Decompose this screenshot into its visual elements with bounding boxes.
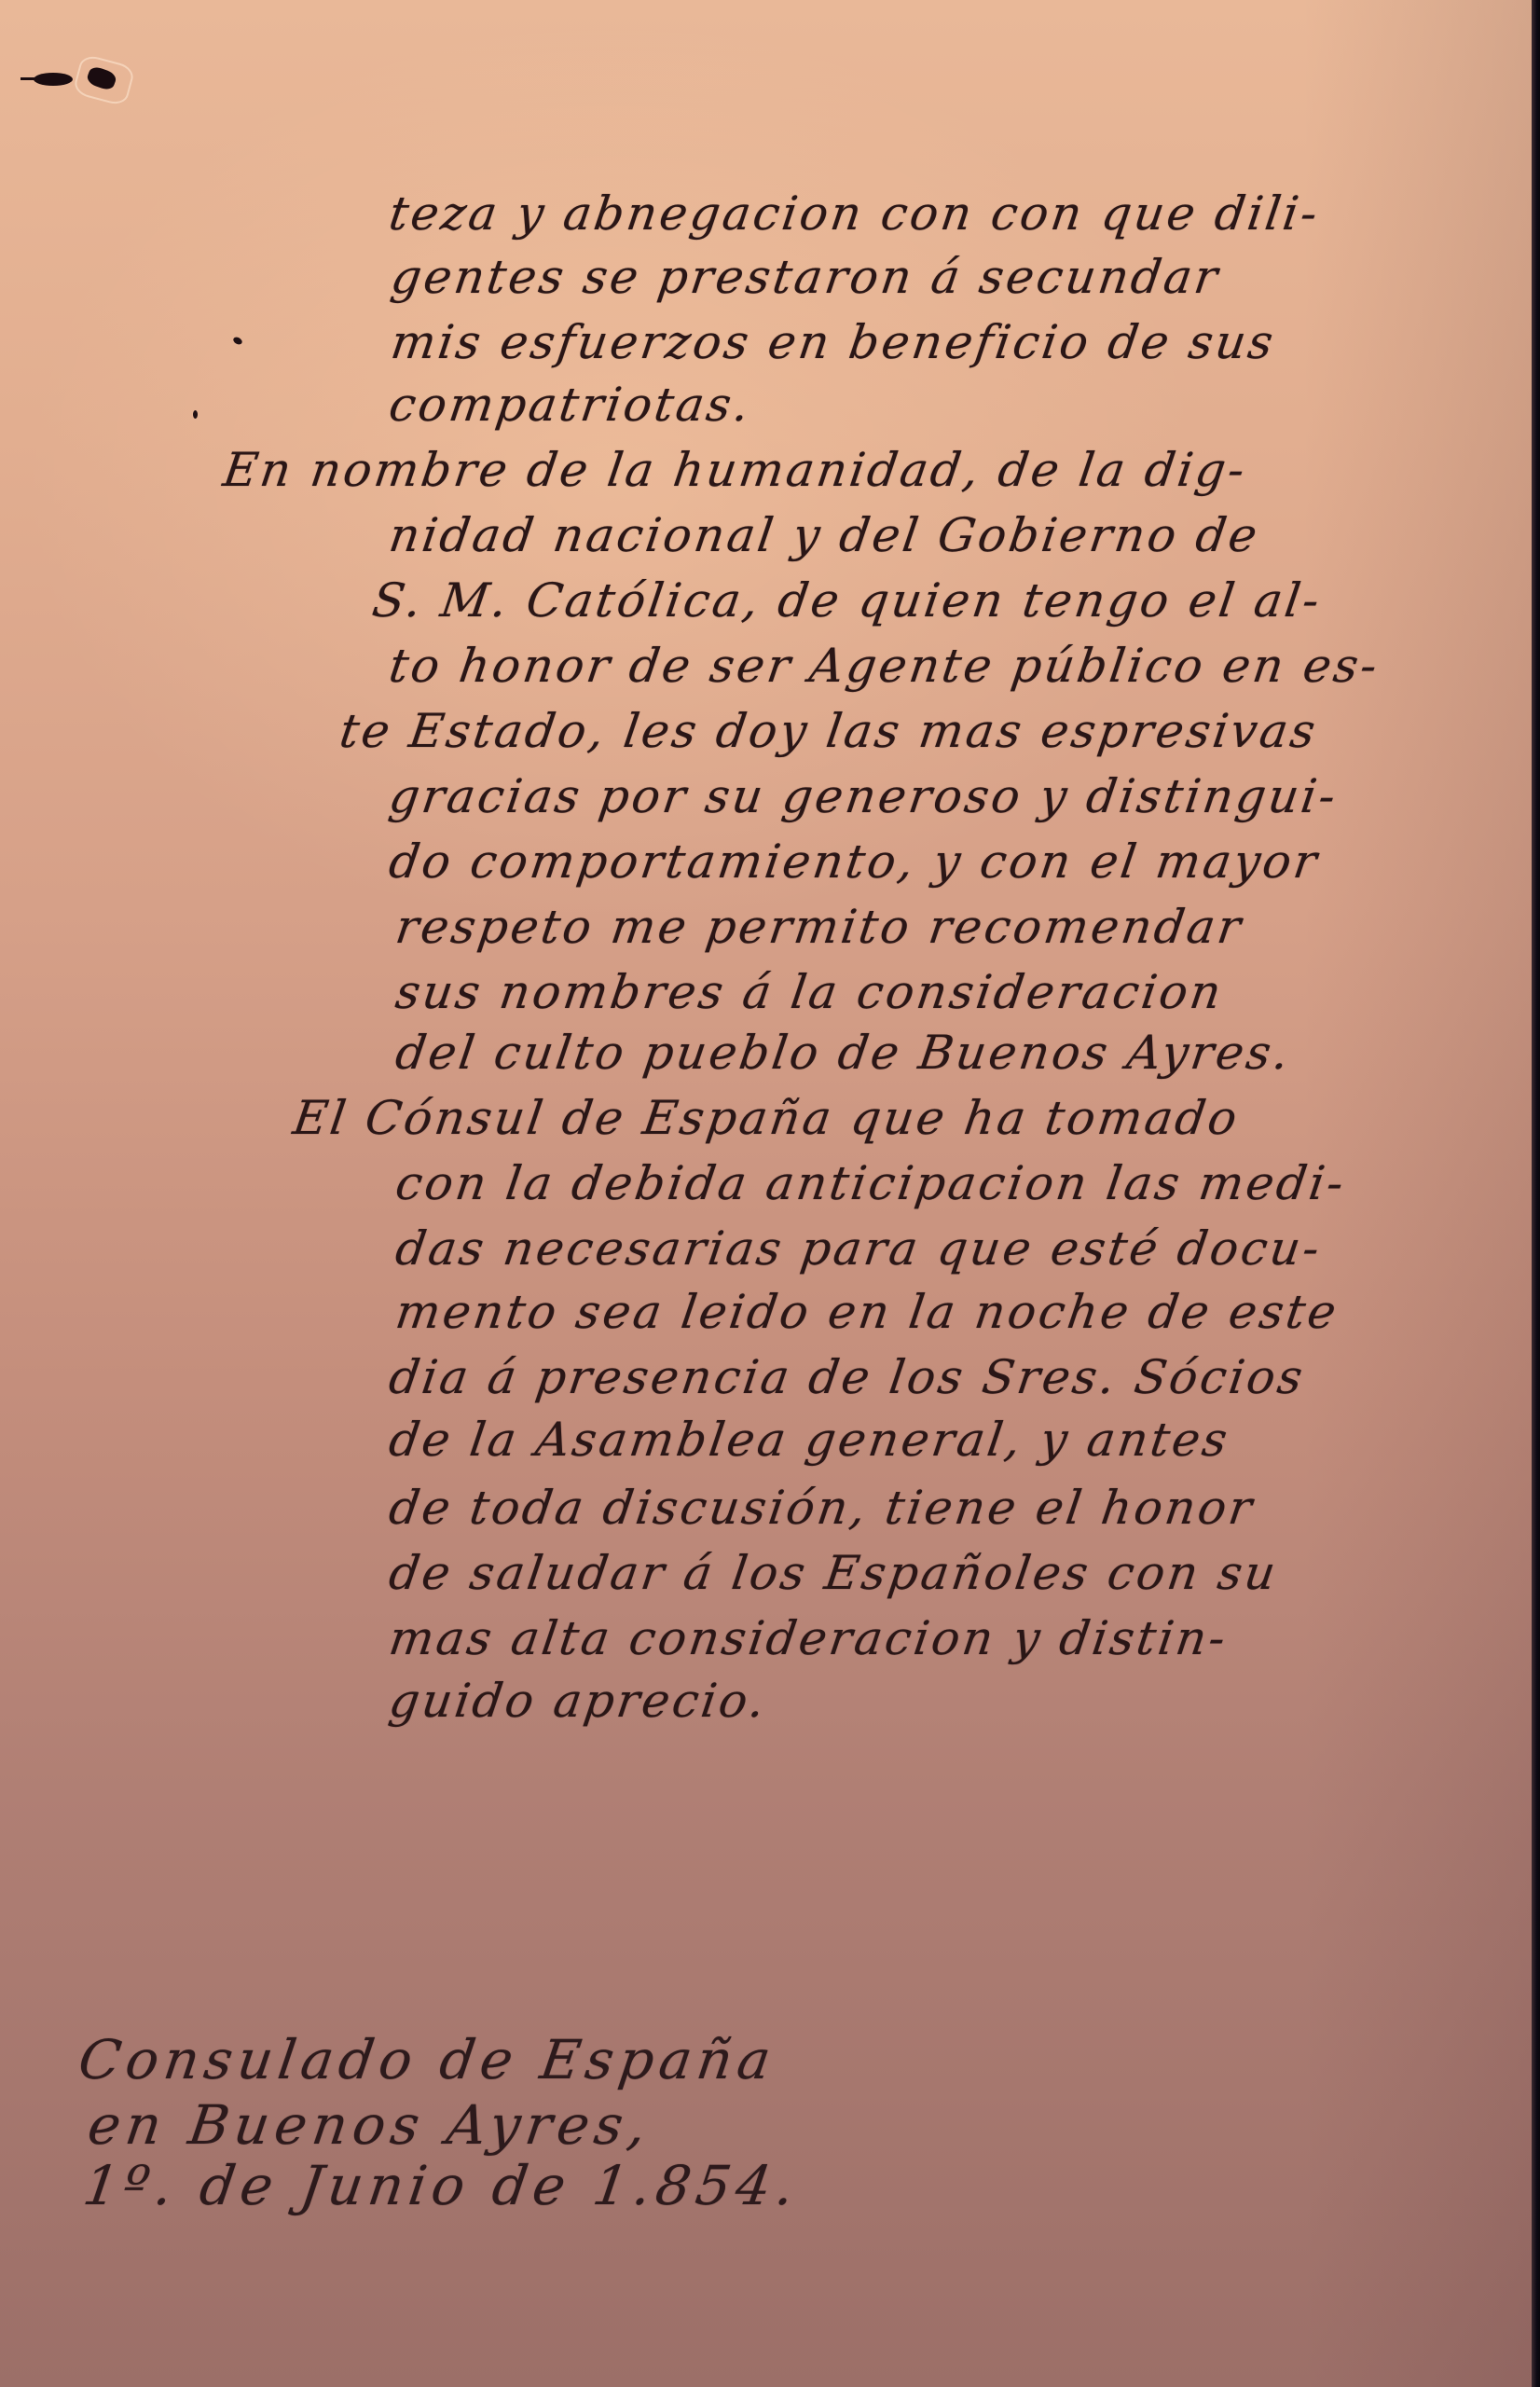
text-line: de toda discusión, tiene el honor — [386, 1481, 1258, 1535]
text-line: mis esfuerzos en beneficio de sus — [388, 315, 1279, 369]
text-line: dia á presencia de los Sres. Sócios — [386, 1350, 1309, 1404]
page-edge-border — [1532, 0, 1540, 2387]
signature-line: 1º. de Junio de 1.854. — [79, 2154, 804, 2217]
text-line: to honor de ser Agente público en es- — [386, 639, 1383, 693]
text-line: gentes se prestaron á secundar — [388, 250, 1224, 304]
text-line: S. M. Católica, de quien tengo el al- — [369, 573, 1326, 628]
text-line: gracias por su generoso y distingui- — [386, 769, 1341, 823]
text-line: respeto me permito recomendar — [392, 900, 1246, 954]
text-line: del culto pueblo de Buenos Ayres. — [392, 1026, 1295, 1080]
text-line: mento sea leido en la noche de este — [392, 1285, 1342, 1339]
ink-spot — [232, 336, 243, 346]
text-line: nidad nacional y del Gobierno de — [386, 508, 1263, 562]
signature-line: en Buenos Ayres, — [84, 2093, 655, 2157]
text-line: de la Asamblea general, y antes — [386, 1413, 1233, 1467]
document-page: teza y abnegacion con con que dili- gent… — [0, 0, 1532, 2387]
text-line: compatriotas. — [386, 378, 755, 432]
ink-spot — [193, 410, 198, 419]
paragraph-start-line: En nombre de la humanidad, de la dig- — [220, 443, 1251, 497]
signature-line: Consulado de España — [75, 2028, 780, 2091]
text-line: guido aprecio. — [386, 1674, 771, 1728]
text-line: con la debida anticipacion las medi- — [392, 1156, 1350, 1210]
text-line: do comportamiento, y con el mayor — [386, 835, 1323, 889]
text-line: te Estado, les doy las mas espresivas — [337, 704, 1321, 758]
text-line: mas alta consideracion y distin- — [386, 1611, 1231, 1665]
paragraph-start-line: El Cónsul de España que ha tomado — [290, 1091, 1243, 1145]
text-line: das necesarias para que esté docu- — [392, 1221, 1326, 1276]
text-line: de saludar á los Españoles con su — [386, 1546, 1282, 1600]
punch-hole-mark — [21, 67, 128, 95]
text-line: teza y abnegacion con con que dili- — [386, 186, 1324, 241]
text-line: sus nombres á la consideracion — [392, 965, 1227, 1019]
